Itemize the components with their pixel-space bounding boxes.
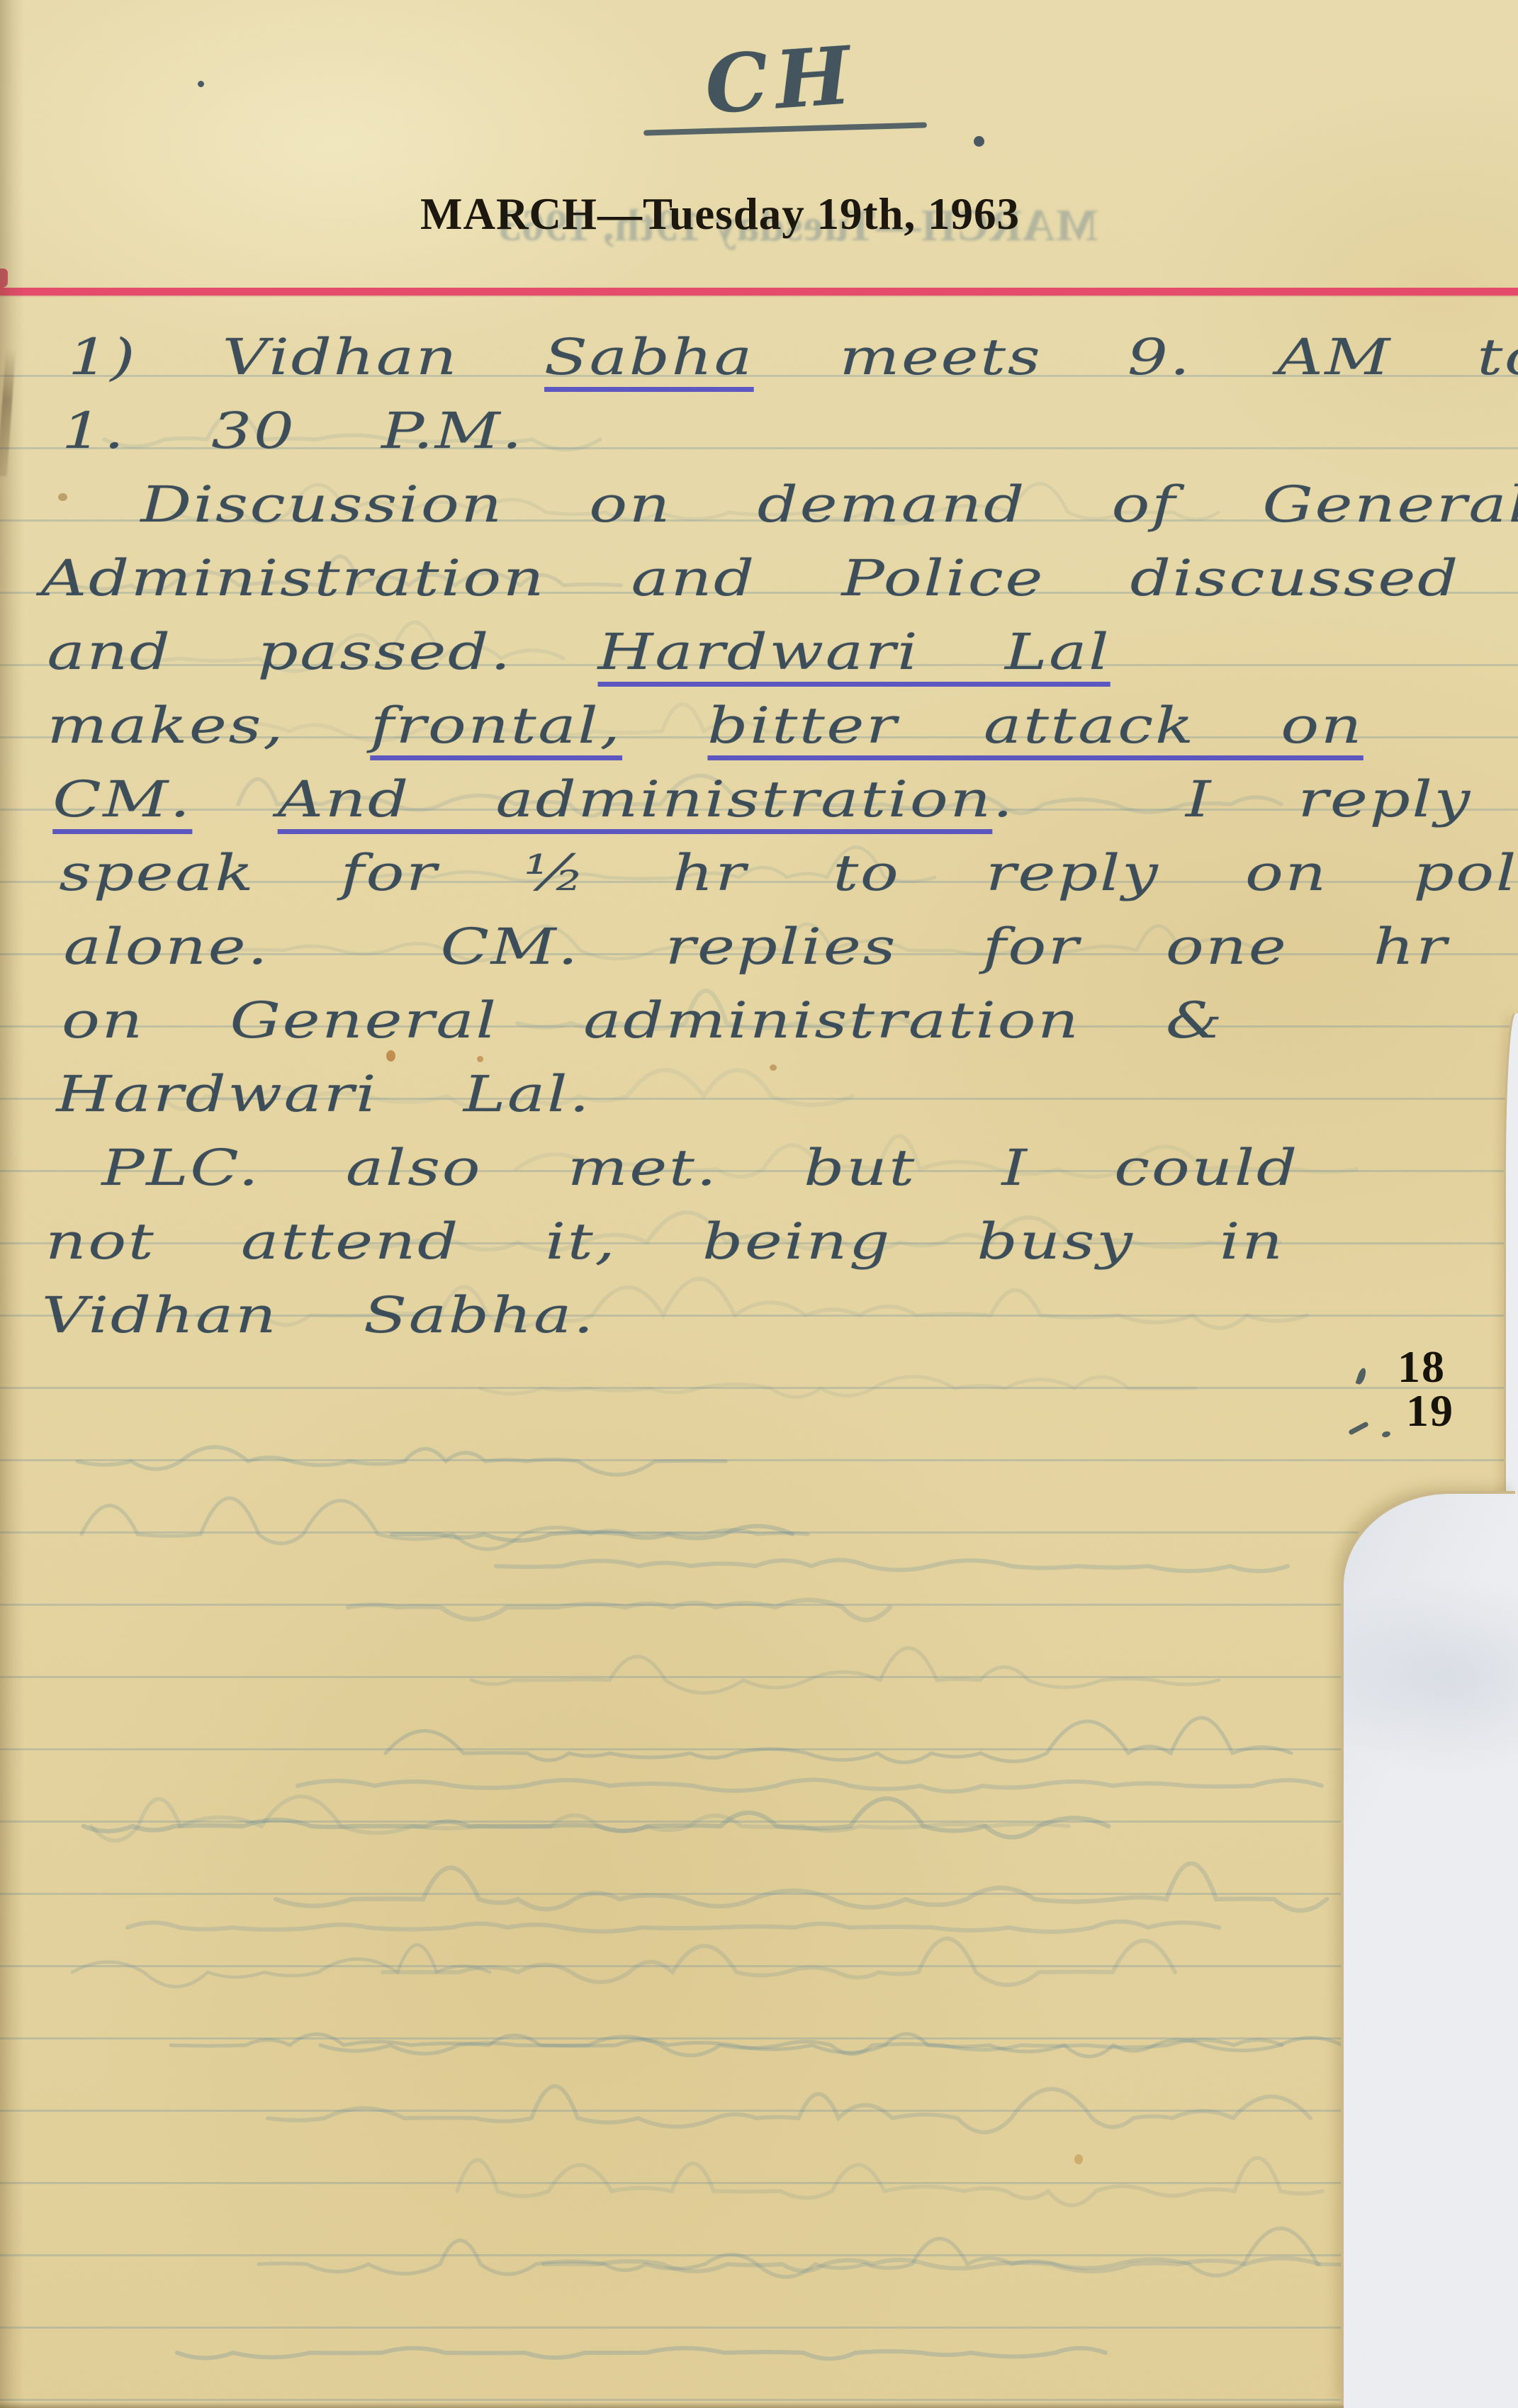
entry-line: Administration and Police discussed [0, 541, 1518, 615]
entry-text: and passed. [47, 623, 598, 681]
printed-date-header: MARCH—Tuesday 19th, 1963 [0, 189, 1440, 240]
entry-text: not attend it, being busy in [45, 1213, 1285, 1271]
handwritten-title-period [974, 136, 984, 147]
entry-line: speak for ½ hr to reply on police [0, 836, 1518, 910]
entry-text: meets 9. AM to [754, 328, 1518, 386]
entry-text: . I reply [993, 770, 1472, 828]
entry-line: Vidhan Sabha. [0, 1278, 1518, 1352]
ink-speck [198, 81, 204, 87]
underlined-phrase: And administration [277, 770, 992, 834]
entry-line: Hardwari Lal. [0, 1057, 1518, 1131]
underlined-phrase: bitter attack on [707, 697, 1364, 760]
entry-text: 1. 30 P.M. [62, 402, 524, 460]
entry-line: CM. And administration. I reply [0, 763, 1518, 836]
entry-text: alone. CM. replies for one hr [64, 918, 1449, 976]
diary-entry-text: 1) Vidhan Sabha meets 9. AM to1. 30 P.M.… [0, 320, 1518, 1352]
entry-text: PLC. also met. but I could [101, 1139, 1298, 1197]
entry-text [192, 770, 278, 828]
paper-stain [477, 1056, 483, 1062]
entry-text: on General administration & [62, 991, 1224, 1050]
entry-line: on General administration & [0, 984, 1518, 1057]
paper-stain [770, 1064, 777, 1071]
under-page-edge [1506, 1013, 1518, 1504]
entry-line: 1. 30 P.M. [0, 394, 1518, 468]
entry-text: speak for ½ hr to reply on police [59, 844, 1518, 902]
entry-text: Administration and Police discussed [41, 549, 1460, 607]
entry-line: makes, frontal, bitter attack on [0, 689, 1518, 763]
paper-stain [1074, 2154, 1083, 2164]
entry-text: Vidhan Sabha. [42, 1286, 595, 1344]
page-bottom-edge [0, 2402, 1518, 2408]
entry-line: not attend it, being busy in [0, 1205, 1518, 1278]
pink-head-rule [0, 288, 1518, 296]
diary-page-scan: MARCH—Tuesday 19th, 1963 MARCH—Tuesday 1… [0, 0, 1518, 2408]
underlined-phrase: Hardwari Lal [598, 623, 1111, 687]
underlined-phrase: CM. [52, 770, 191, 834]
underlined-phrase: Sabha [544, 328, 754, 392]
entry-text: makes, [47, 697, 371, 755]
entry-line: and passed. Hardwari Lal [0, 615, 1518, 689]
entry-line: PLC. also met. but I could [0, 1131, 1518, 1205]
entry-text: 1) Vidhan [68, 328, 544, 386]
entry-line: 1) Vidhan Sabha meets 9. AM to [0, 320, 1518, 394]
paper-stain [386, 1050, 395, 1062]
entry-text [622, 697, 707, 755]
underlined-phrase: frontal, [371, 697, 622, 760]
entry-line: Discussion on demand of General [0, 468, 1518, 541]
entry-text: Discussion on demand of General [140, 476, 1518, 534]
paper-stain [58, 493, 67, 501]
page-number-19: 19 [1406, 1385, 1454, 1437]
entry-line: alone. CM. replies for one hr [0, 910, 1518, 984]
entry-text: Hardwari Lal. [56, 1065, 591, 1123]
under-page-cut-corner [1344, 1494, 1518, 2408]
handwritten-title: CH [702, 29, 861, 133]
